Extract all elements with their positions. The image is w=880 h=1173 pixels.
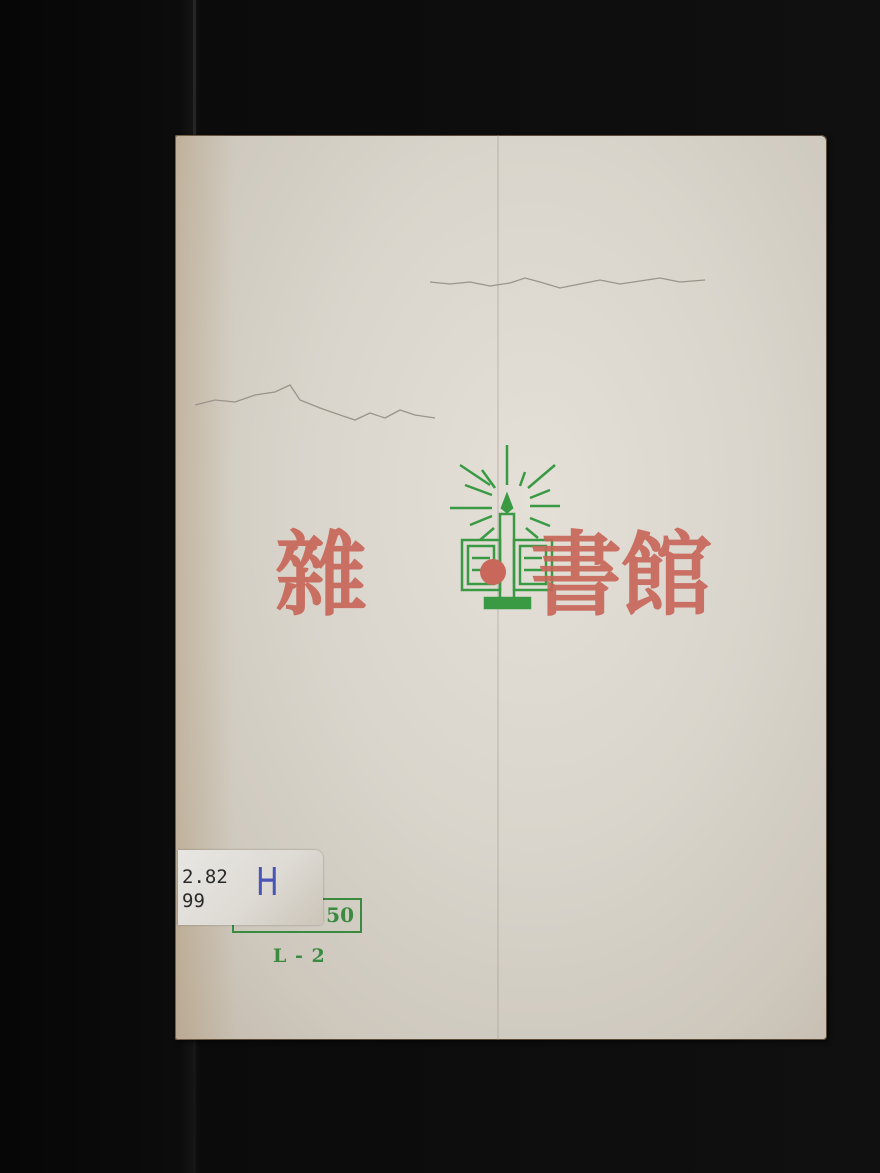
stamp-number: 50: [326, 903, 354, 927]
call-number-line-1: 2.82: [182, 866, 228, 888]
book-title: 雜 書 館: [275, 525, 715, 645]
handwritten-mark: H: [256, 860, 279, 904]
book-cover: 雜 書 館 50 L - 2 2.82 99 H: [175, 135, 827, 1040]
title-char-1: 雜: [275, 525, 367, 625]
stamp-code: L - 2: [273, 945, 325, 967]
title-separator-dot: [480, 559, 506, 585]
title-char-3: 館: [620, 525, 712, 625]
call-number-line-2: 99: [182, 890, 205, 912]
title-char-2: 書: [530, 525, 622, 625]
paper-crease-top: [430, 270, 710, 300]
library-call-number-label: 2.82 99 H: [178, 850, 323, 925]
paper-crease-middle: [195, 380, 455, 430]
